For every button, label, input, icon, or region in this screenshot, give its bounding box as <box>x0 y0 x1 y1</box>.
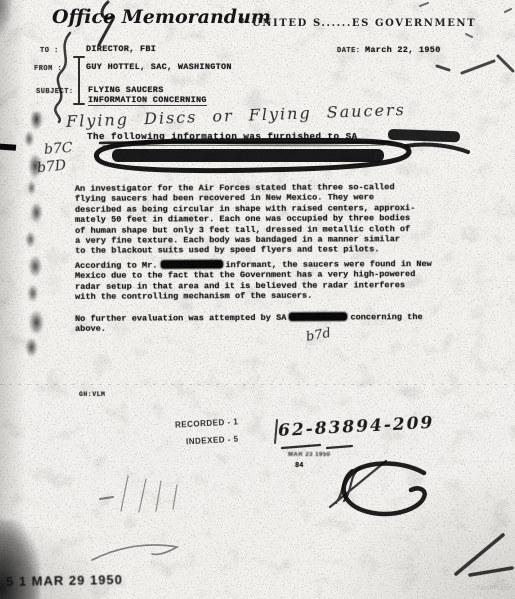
redaction-blob-sa <box>388 129 460 143</box>
date-label: DATE: <box>337 47 361 55</box>
left-edge-dash <box>0 143 16 150</box>
recorded-stamp: RECORDED - 1 <box>175 417 239 429</box>
date-value: March 22, 1950 <box>365 45 441 55</box>
header-bullet: • <box>238 13 246 28</box>
bottom-right-scribble <box>456 535 512 575</box>
handwritten-number-note: 84 <box>295 462 303 470</box>
mid-exemption-code: b7d <box>305 326 332 345</box>
bottom-pencil-curve <box>92 545 177 560</box>
scan-artifact-line <box>0 384 515 385</box>
body-line: to the blackout suits used by speed flye… <box>75 245 415 257</box>
to-value: DIRECTOR, FBI <box>86 44 156 54</box>
subject-line2: INFORMATION CONCERNING <box>88 95 207 106</box>
subject-label: SUBJECT: <box>36 88 74 96</box>
margin-exemption-code-2: b7D <box>36 158 67 177</box>
memo-document-page: Office Memorandum • UNITED S......ES GOV… <box>0 0 515 599</box>
body-paragraph-2: According to Mr.informant, the saucers w… <box>75 259 432 302</box>
body-text: concerning the <box>350 312 422 322</box>
left-edge-smudges <box>22 112 46 357</box>
furnished-line-underline <box>100 142 390 143</box>
furnished-line-underline-2 <box>103 145 384 146</box>
pencil-dash <box>100 497 113 499</box>
right-margin-marks <box>437 56 513 73</box>
redaction-bar <box>160 260 222 268</box>
redaction-bar-wide <box>112 149 384 162</box>
furnished-line: The following information was furnished … <box>87 131 358 142</box>
redaction-loop <box>96 140 408 170</box>
body-text: No further evaluation was attempted by S… <box>75 313 287 324</box>
bottom-date-stamp: 5 1 MAR 29 1950 <box>6 572 123 589</box>
redaction-bar <box>289 312 347 320</box>
indexed-stamp: INDEXED - 5 <box>186 435 239 447</box>
pencil-tally-marks <box>121 476 177 512</box>
watermark: FlashPaper <box>476 585 512 592</box>
file-number-underline <box>282 445 352 448</box>
signature-scribble <box>330 461 386 507</box>
government-title: UNITED S......ES GOVERNMENT <box>252 18 476 29</box>
typist-initials: GH:VLM <box>79 391 105 398</box>
body-paragraph-3: No further evaluation was attempted by S… <box>75 312 423 335</box>
file-number-tick <box>275 420 277 443</box>
to-label: TO : <box>40 47 59 55</box>
from-label: FROM : <box>34 65 62 73</box>
from-value: GUY HOTTEL, SAC, WASHINGTON <box>86 62 232 72</box>
body-text: According to Mr. <box>75 261 158 271</box>
margin-exemption-code-1: b7C <box>43 140 73 158</box>
subject-line1: FLYING SAUCERS <box>88 85 164 95</box>
from-bracket-mark <box>74 57 84 104</box>
top-left-smudge <box>0 0 12 38</box>
file-number-handwriting: 62-83894-209 <box>278 413 435 441</box>
body-paragraph-1: An investigator for the Air Forces state… <box>75 182 416 257</box>
circle-scribble <box>344 464 425 514</box>
redaction-loop-tail <box>406 145 468 152</box>
body-line: with the controlling mechanism of the sa… <box>75 290 432 302</box>
body-line: above. <box>75 322 423 334</box>
received-date-stamp: MAR 23 1950 <box>288 452 331 458</box>
